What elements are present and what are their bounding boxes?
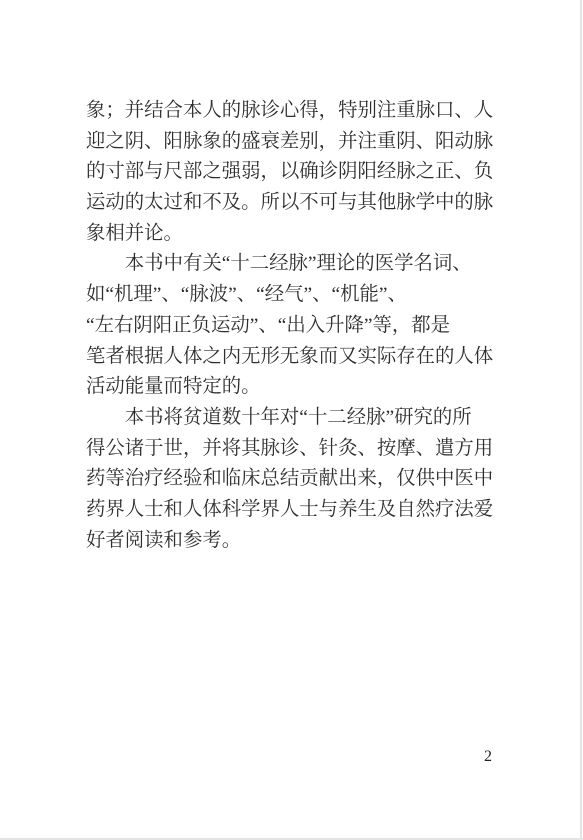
text-line: 象相并论。 — [86, 219, 496, 250]
text-line: 如“机理”、“脉波”、“经气”、“机能”、 — [86, 280, 496, 311]
text-line: 本书中有关“十二经脉”理论的医学名词、 — [86, 249, 496, 280]
text-line: 的寸部与尺部之强弱，以确诊阴阳经脉之正、负 — [86, 157, 496, 188]
scan-edge-right — [580, 0, 582, 840]
text-line: 药界人士和人体科学界人士与养生及自然疗法爱 — [86, 495, 496, 526]
text-line: 笔者根据人体之内无形无象而又实际存在的人体 — [86, 342, 496, 373]
text-line: 好者阅读和参考。 — [86, 526, 496, 557]
text-line: “左右阴阳正负运动”、“出入升降”等，都是 — [86, 311, 496, 342]
text-line: 迎之阴、阳脉象的盛衰差别，并注重阴、阳动脉 — [86, 127, 496, 158]
book-page: 象；并结合本人的脉诊心得，特别注重脉口、人 迎之阴、阳脉象的盛衰差别，并注重阴、… — [0, 0, 583, 840]
text-line: 运动的太过和不及。所以不可与其他脉学中的脉 — [86, 188, 496, 219]
text-line: 象；并结合本人的脉诊心得，特别注重脉口、人 — [86, 96, 496, 127]
text-line: 本书将贫道数十年对“十二经脉”研究的所 — [86, 403, 496, 434]
text-line: 得公诸于世，并将其脉诊、针灸、按摩、遣方用 — [86, 434, 496, 465]
text-line: 活动能量而特定的。 — [86, 372, 496, 403]
body-text: 象；并结合本人的脉诊心得，特别注重脉口、人 迎之阴、阳脉象的盛衰差别，并注重阴、… — [86, 96, 496, 556]
page-number: 2 — [478, 748, 498, 766]
text-line: 药等治疗经验和临床总结贡献出来，仅供中医中 — [86, 464, 496, 495]
